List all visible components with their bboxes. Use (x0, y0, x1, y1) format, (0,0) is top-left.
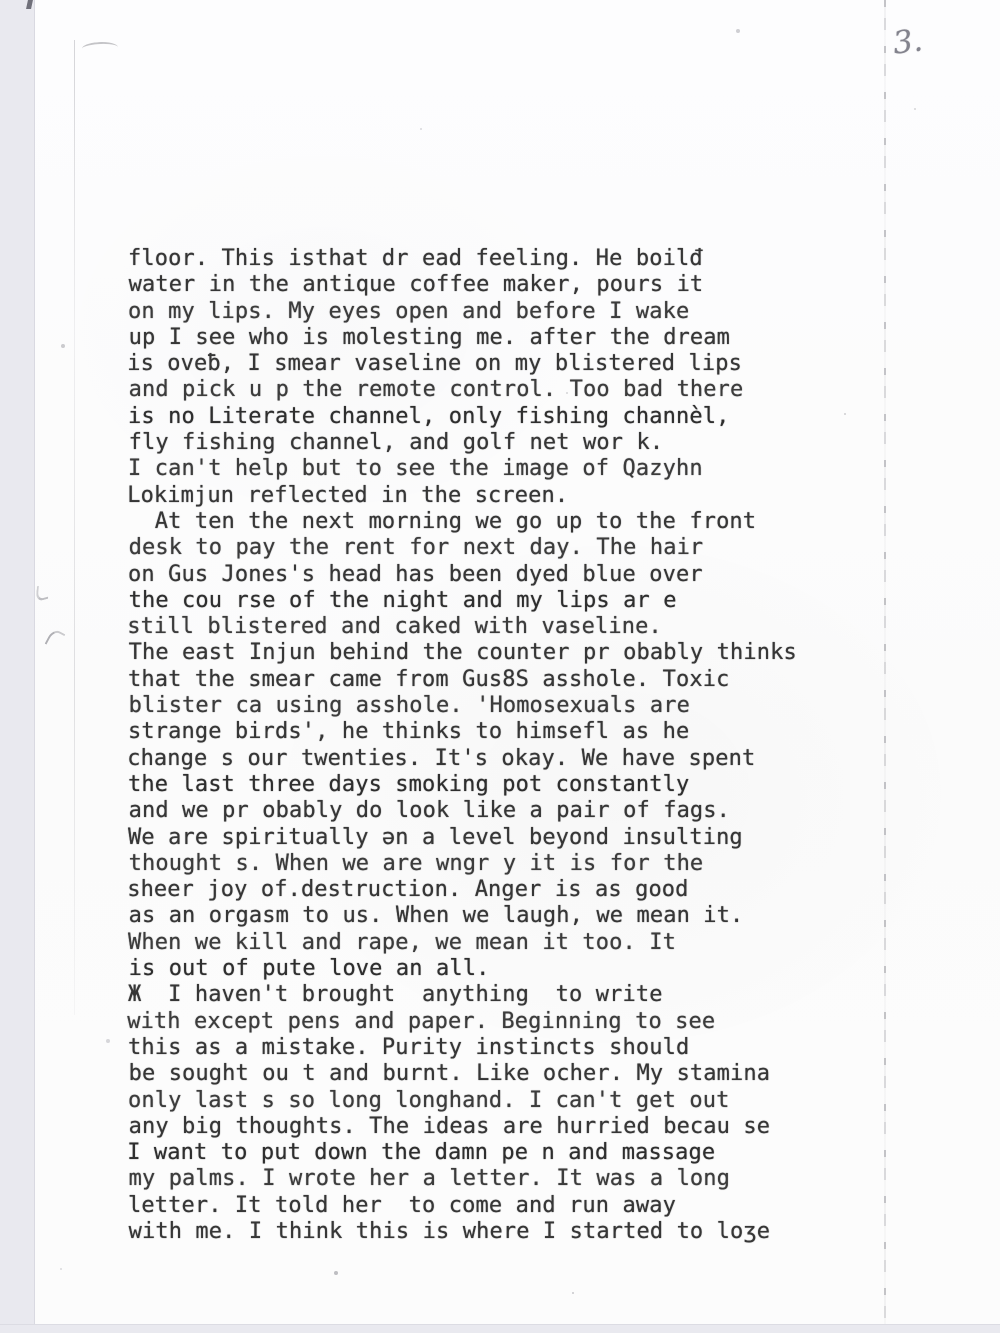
text-line: and pick u p the remote control. Too bad… (129, 377, 849, 403)
crease-arc-mark (82, 41, 119, 55)
text-line: my palms. I wrote her a letter. It was a… (129, 1166, 849, 1192)
text-line: strange birds', he thinks to himsefl as … (128, 719, 848, 745)
text-line: on my lips. My eyes open and before I wa… (128, 299, 848, 325)
text-line: We are spiritually ən a level beyond ins… (128, 825, 848, 851)
text-line: be sought ou t and burnt. Like ocher. My… (129, 1061, 849, 1087)
text-line: fly fishing channel, and golf net wor k. (129, 430, 849, 456)
text-line: is no Literate channel, only fishing cha… (128, 404, 848, 430)
text-line: At ten the next morning we go up to the … (128, 509, 848, 535)
text-line: this as a mistake. Purity instincts shou… (128, 1035, 848, 1061)
text-line: only last s so long longhand. I can't ge… (128, 1088, 848, 1114)
text-line: sheer joy of.destruction. Anger is as go… (127, 877, 847, 903)
text-line: Ж I haven't brought anything to write (128, 982, 848, 1008)
text-line: is oveƀ, I smear vaseline on my blistere… (127, 351, 847, 377)
text-line: any big thoughts. The ideas are hurried … (129, 1114, 849, 1140)
text-line: water in the antique coffee maker, pours… (129, 272, 849, 298)
text-line: desk to pay the rent for next day. The h… (129, 535, 849, 561)
text-line: The east Injun behind the counter pr oba… (129, 640, 849, 666)
scanner-background-bottom (0, 1324, 1000, 1333)
scanner-background-left (0, 0, 35, 1333)
text-line: with me. I think this is where I started… (129, 1219, 849, 1245)
text-line: letter. It told her to come and run away (128, 1193, 848, 1219)
scan-speck-dots (0, 0, 2, 2)
text-line: change s our twenties. It's okay. We hav… (127, 746, 847, 772)
text-line: the cou rse of the night and my lips ar … (129, 588, 849, 614)
text-line: I want to put down the damn pe n and mas… (127, 1140, 847, 1166)
page-number: 3. (891, 22, 925, 61)
text-line: I can't help but to see the image of Qaz… (128, 456, 848, 482)
text-line: as an orgasm to us. When we laugh, we me… (129, 903, 849, 929)
text-line: and we pr obably do look like a pair of … (129, 798, 849, 824)
text-line: is out of pute love an all. (129, 956, 849, 982)
text-line: Lokimjun reflected in the screen. (127, 483, 847, 509)
text-line: thought s. When we are wngr y it is for … (129, 851, 849, 877)
crease-line-right (884, 0, 886, 1324)
text-line: the last three days smoking pot constant… (128, 772, 848, 798)
text-line: blister ca using asshole. 'Homosexuals a… (129, 693, 849, 719)
text-line: on Gus Jones's head has been dyed blue o… (128, 562, 848, 588)
crease-line-left (74, 40, 75, 1015)
text-line: with except pens and paper. Beginning to… (127, 1009, 847, 1035)
text-line: When we kill and rape, we mean it too. I… (128, 930, 848, 956)
text-line: that the smear came from Gus8S asshole. … (128, 667, 848, 693)
typewritten-text-block: floor. This isthat dr ead feeling. He bo… (128, 246, 848, 1245)
text-line: still blistered and caked with vaseline. (127, 614, 847, 640)
text-line: floor. This isthat dr ead feeling. He bo… (128, 246, 848, 272)
text-line: up I see who is molesting me. after the … (129, 325, 849, 351)
